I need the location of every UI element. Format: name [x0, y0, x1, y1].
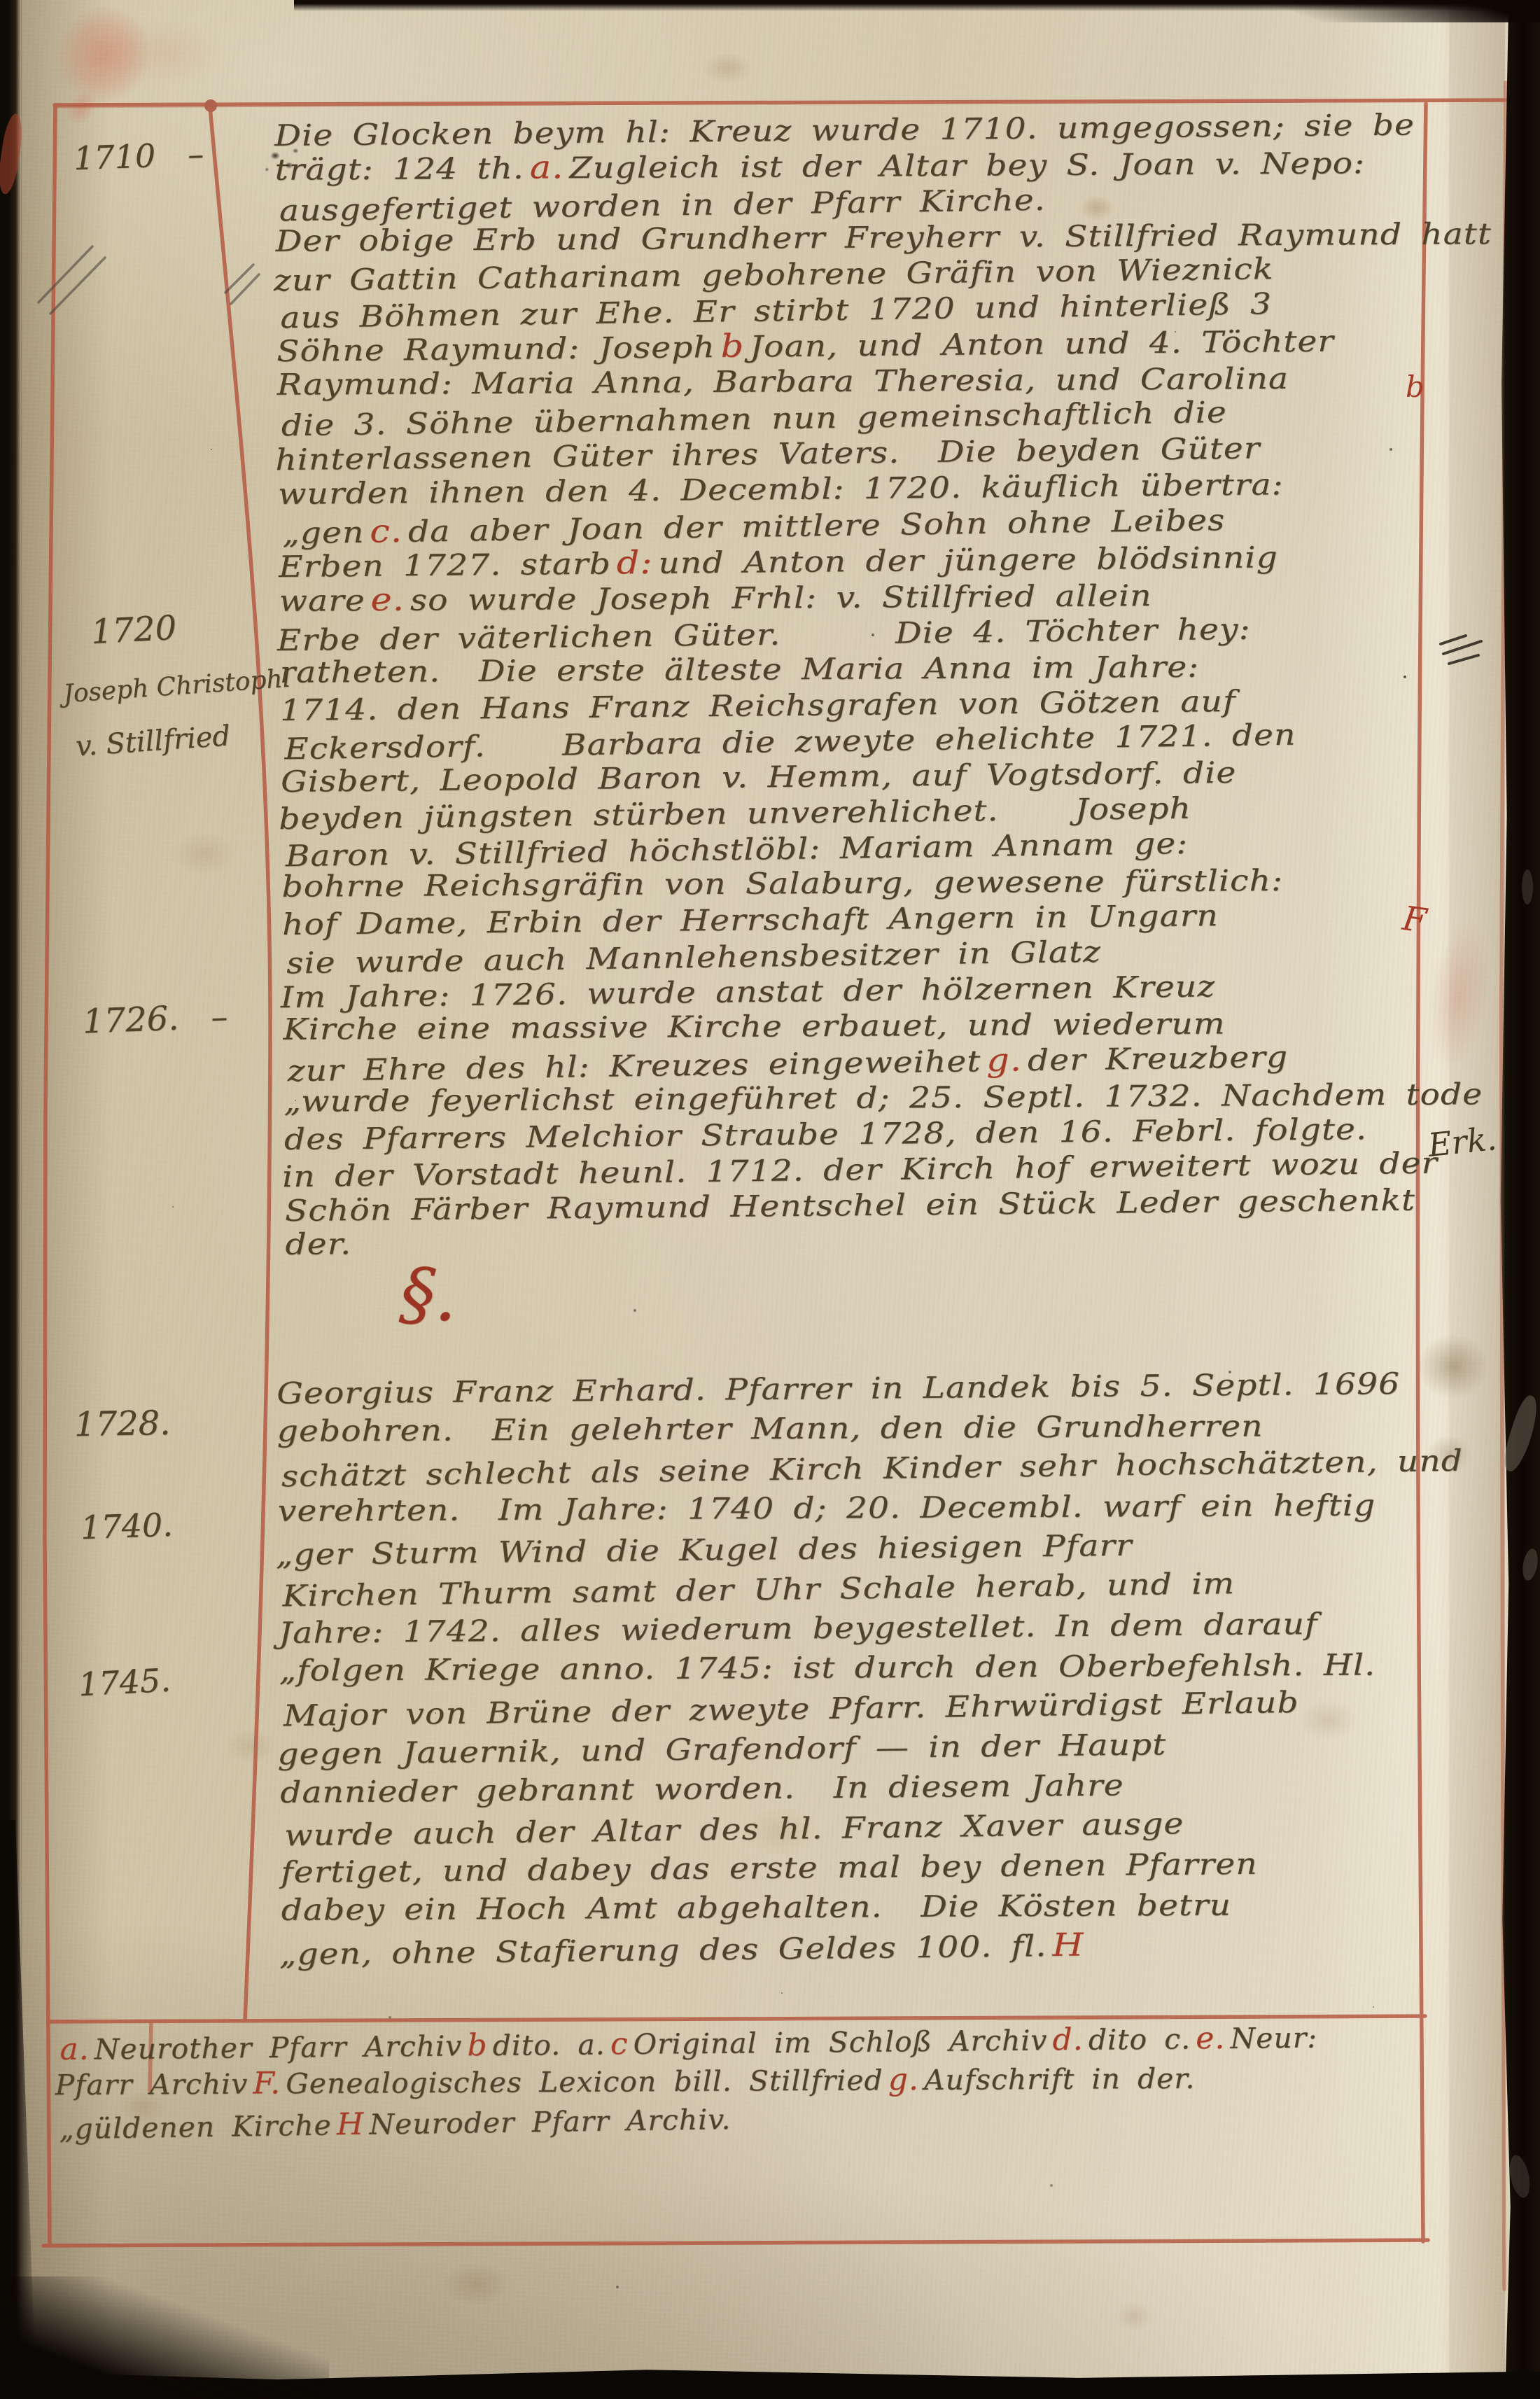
red-footnote-letter: d:: [611, 544, 659, 582]
margin-year-1710: 1710–: [73, 135, 204, 177]
red-footnote-letter: e.: [1191, 2021, 1231, 2057]
footnote-block: a.Neurother Pfarr Archivbdito. a.cOrigin…: [55, 2018, 1476, 2145]
red-footnote-letter: b: [715, 327, 750, 364]
red-footnote-letter: a.: [524, 148, 570, 186]
red-footnote-letter: c: [605, 2027, 633, 2062]
margin-year-1728: 1728.: [74, 1404, 171, 1444]
column-divider-rule: [210, 106, 270, 2020]
margin-year-1720: 1720: [90, 608, 178, 652]
top-rule: [55, 100, 1505, 105]
main-text-block-1: Die Glocken beym hl: Kreuz wurde 1710. u…: [274, 105, 1540, 1264]
margin-year-1745: 1745.: [78, 1661, 171, 1704]
red-footnote-letter: F.: [248, 2066, 286, 2101]
margin-dash: –: [178, 997, 228, 1037]
red-footnote-letter: e.: [365, 581, 410, 618]
margin-year-1726: 1726.–: [82, 997, 228, 1041]
main-text-block-2: Georgius Franz Erhard. Pfarrer in Landek…: [276, 1362, 1540, 1973]
bottom-left-binding-corner: [0, 2276, 329, 2399]
section-paragraph-mark: §.: [398, 1258, 461, 1331]
rule-junction-blot: [204, 99, 217, 112]
red-footnote-letter: H: [331, 2107, 369, 2143]
left-rule: [45, 105, 55, 2244]
right-margin-note-b: b: [1406, 370, 1424, 404]
red-footnote-letter: H: [1046, 1926, 1090, 1964]
red-footnote-letter: g.: [981, 1041, 1028, 1079]
margin-year-1740: 1740.: [80, 1506, 174, 1547]
red-footnote-letter: a.: [55, 2031, 94, 2067]
red-footnote-letter: g.: [883, 2062, 924, 2097]
manuscript-scan: 1710– 1720 Joseph Christophl v. Stillfri…: [0, 0, 1540, 2399]
margin-dash: –: [155, 135, 204, 174]
red-footnote-letter: c.: [364, 512, 408, 550]
binding-paper-flake: [1522, 869, 1533, 904]
red-footnote-letter: b: [462, 2028, 493, 2063]
bottom-rule: [43, 2240, 1428, 2246]
right-margin-note-erk: Erk.: [1426, 1119, 1498, 1164]
top-right-binding-corner: [1211, 0, 1540, 22]
red-footnote-letter: d.: [1047, 2022, 1088, 2058]
